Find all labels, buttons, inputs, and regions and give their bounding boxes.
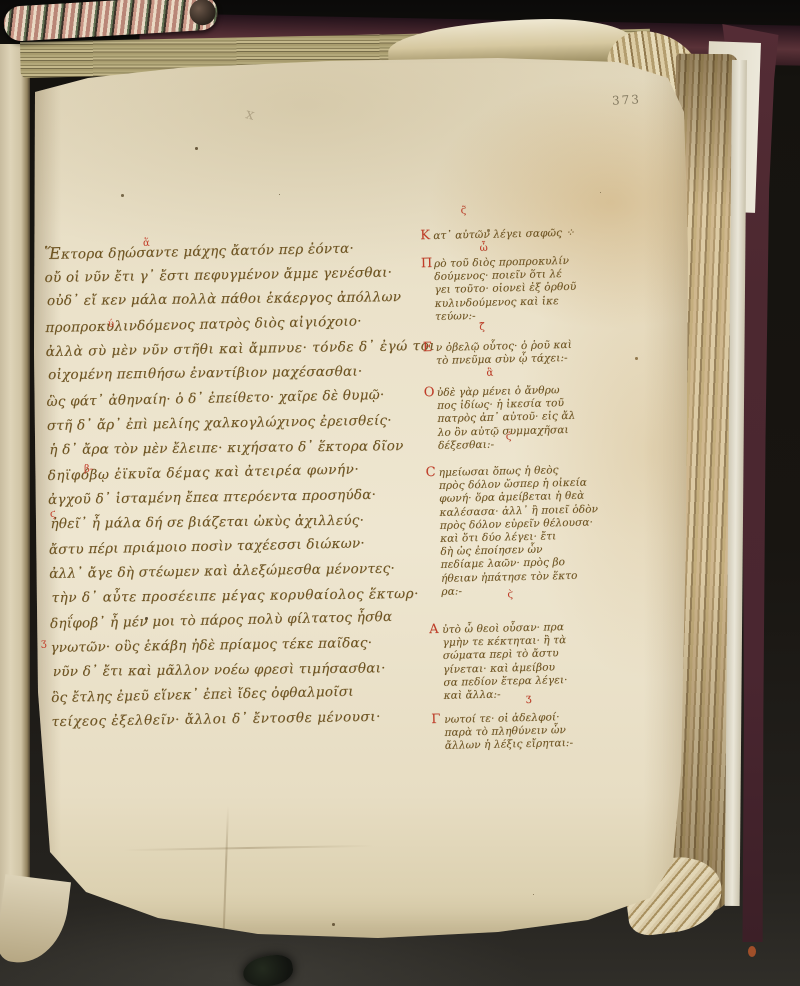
facing-page-corner xyxy=(0,874,71,967)
scholion-initial: Α xyxy=(429,623,439,636)
clasp-pin xyxy=(748,946,756,957)
scholion-block: Ε ν ὀβελῷ οὗτος· ὁ ῥοῦ καὶ τὸ πνεῦμα σὺν… xyxy=(436,338,609,368)
folio-number: 373 xyxy=(612,92,642,107)
section-marker: ʒ xyxy=(526,692,532,705)
margin-mark: ϛ xyxy=(50,509,56,520)
main-text-block: Ἕκτορα δῃώσαντε μάχης ἄατόν περ ἐόντα· ο… xyxy=(44,235,448,735)
scholion-initial: Ο xyxy=(424,386,435,399)
scholion-initial: Ϲ xyxy=(425,466,435,479)
scholion-initial: Ε xyxy=(423,341,433,354)
margin-mark: β- xyxy=(84,464,93,475)
scholion-initial: Π xyxy=(421,257,433,270)
margin-mark: ʒ xyxy=(41,638,47,649)
facing-page-stack xyxy=(0,44,30,946)
section-marker: ὦ xyxy=(479,242,488,255)
section-marker: ἃ xyxy=(486,367,493,380)
binding-strap xyxy=(241,952,295,986)
scholion-initial: Γ xyxy=(431,713,440,726)
margin-mark: ἅ xyxy=(143,238,150,249)
scholion-block: Γ νωτοί τε· οἱ ἀδελφοί· παρὰ τὸ πληθύνει… xyxy=(444,710,617,753)
scholion-block: Ϲ ημείωσαι ὅπως ἡ θεὸς πρὸς δόλον ὥσπερ … xyxy=(439,463,614,599)
scholion-block: Ο ὐδὲ γὰρ μένει ὁ ἄνθρω πος ἰδίως· ἡ ἱκε… xyxy=(437,383,610,453)
manuscript-photo: 373 x Ἕκτορα δῃώσαντε μάχης ἄατόν περ ἐό… xyxy=(0,0,800,986)
scholion-initial: Κ xyxy=(420,229,430,242)
scholion-block: Π ρὸ τοῦ διὸς προπροκυλίν δούμενος· ποιε… xyxy=(434,254,607,324)
margin-mark: ύ xyxy=(108,319,114,330)
scholion-block: Α ὐτὸ ὦ θεοὶ οὖσαν· πρα γμὴν τε κέκτηται… xyxy=(442,620,616,703)
section-marker: ζ̃ xyxy=(479,321,485,334)
section-marker: ϛ̀ xyxy=(507,588,513,601)
horizontal-crease xyxy=(123,845,373,851)
section-marker: ϛ̃ xyxy=(461,204,467,217)
section-marker: ϛ́ xyxy=(506,430,512,443)
vertical-crease xyxy=(221,806,229,984)
